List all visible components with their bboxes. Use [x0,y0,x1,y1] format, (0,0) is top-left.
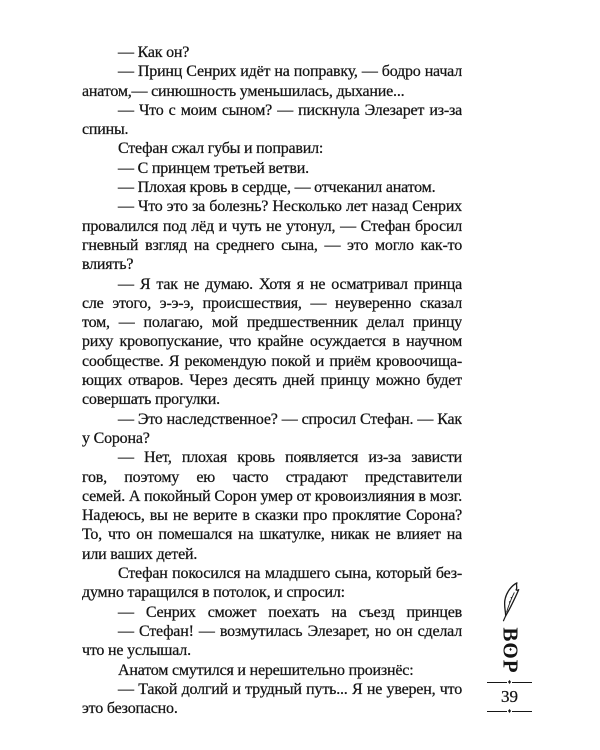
text-line: Надеюсь, вы не верите в сказки про прокл… [82,506,462,525]
paragraph: — Что это за болезнь? Несколько лет наза… [82,197,462,274]
text-line: сле этого, э-э-э, происшествия, — неувер… [82,294,462,313]
text-line: — Принц Сенрих идёт на поправку, — бодро… [82,62,462,81]
rule-line [487,711,507,712]
text-line: — Нет, плохая кровь появляется из-за зав… [82,448,462,467]
text-line: том, — полагаю, мой предшественник делал… [82,313,462,332]
text-line: гневный взгляд на среднего сына, — это м… [82,236,462,255]
title-o-diamond-icon: ♦ [506,646,515,655]
paragraph: — Я так не думаю. Хотя я не осматривал п… [82,275,462,410]
book-page: — Как он?— Принц Сенрих идёт на поправку… [0,0,600,750]
paragraph: — С принцем третьей ветви. [82,159,462,178]
text-line: Стефан покосился на младшего сына, котор… [82,564,462,583]
paragraph: Стефан сжал губы и поправил: [82,139,462,158]
text-line: — Это наследственное? — спросил Стефан. … [82,410,462,429]
page-number: 39 [487,686,532,708]
text-line: риху кровопускание, что крайне осуждаетс… [82,332,462,351]
page-number-bottom-rule: ♦ [487,708,532,715]
text-line: семей. А покойный Сорон умер от кровоизл… [82,487,462,506]
text-line: — С принцем третьей ветви. [82,159,462,178]
text-line: ющих отваров. Через десять дней принцу м… [82,371,462,390]
paragraph: — Это наследственное? — спросил Стефан. … [82,410,462,449]
text-line: — Такой долгий и трудный путь... Я не ув… [82,680,462,699]
body-text: — Как он?— Принц Сенрих идёт на поправку… [82,43,462,718]
paragraph: Анатом смутился и нерешительно произнёс: [82,661,462,680]
rule-line [512,711,532,712]
page-number-top-rule: ♦ [487,679,532,686]
text-line: — Сенрих сможет поехать на съезд принцев… [82,603,462,622]
paragraph: — Сенрих сможет поехать на съезд принцев… [82,603,462,622]
text-line: что не услышал. [82,641,462,660]
text-line: Стефан сжал губы и поправил: [82,139,462,158]
text-line: влиять? [82,255,462,274]
text-line: провалился под лёд и чуть не утонул, — С… [82,217,462,236]
paragraph: — Стефан! — возмутилась Элезарет, но он … [82,622,462,661]
page-number-block: ♦ 39 ♦ [487,679,532,715]
text-line: спины. [82,120,462,139]
text-line: — Плохая кровь в сердце, — отчеканил ана… [82,178,462,197]
rule-line [487,682,507,683]
text-line: — Что с моим сыном? — пискнула Элезарет … [82,101,462,120]
paragraph: — Принц Сенрих идёт на поправку, — бодро… [82,62,462,101]
paragraph: — Плохая кровь в сердце, — отчеканил ана… [82,178,462,197]
quill-icon [499,582,521,622]
paragraph: Стефан покосился на младшего сына, котор… [82,564,462,603]
text-line: — Я так не думаю. Хотя я не осматривал п… [82,275,462,294]
paragraph: — Как он? [82,43,462,62]
paragraph: — Такой долгий и трудный путь... Я не ув… [82,680,462,719]
text-line: у Сорона? [82,429,462,448]
text-line: сообществе. Я рекомендую покой и приём к… [82,352,462,371]
text-line: Анатом смутился и нерешительно произнёс: [82,661,462,680]
text-line: — Стефан! — возмутилась Элезарет, но он … [82,622,462,641]
text-line: анатом,— синюшность уменьшилась, дыхание… [82,82,462,101]
paragraph: — Что с моим сыном? — пискнула Элезарет … [82,101,462,140]
text-line: совершать прогулки. [82,390,462,409]
text-line: — Что это за болезнь? Несколько лет наза… [82,197,462,216]
text-line: думно таращился в потолок, и спросил: [82,583,462,602]
rule-line [512,682,532,683]
paragraph: — Нет, плохая кровь появляется из-за зав… [82,448,462,564]
text-line: То, что он помешался на шкатулке, никак … [82,525,462,544]
text-line: это безопасно. [82,699,462,718]
text-line: гов, поэтому ею часто страдают представи… [82,468,462,487]
text-line: или ваших детей. [82,545,462,564]
text-line: — Как он? [82,43,462,62]
